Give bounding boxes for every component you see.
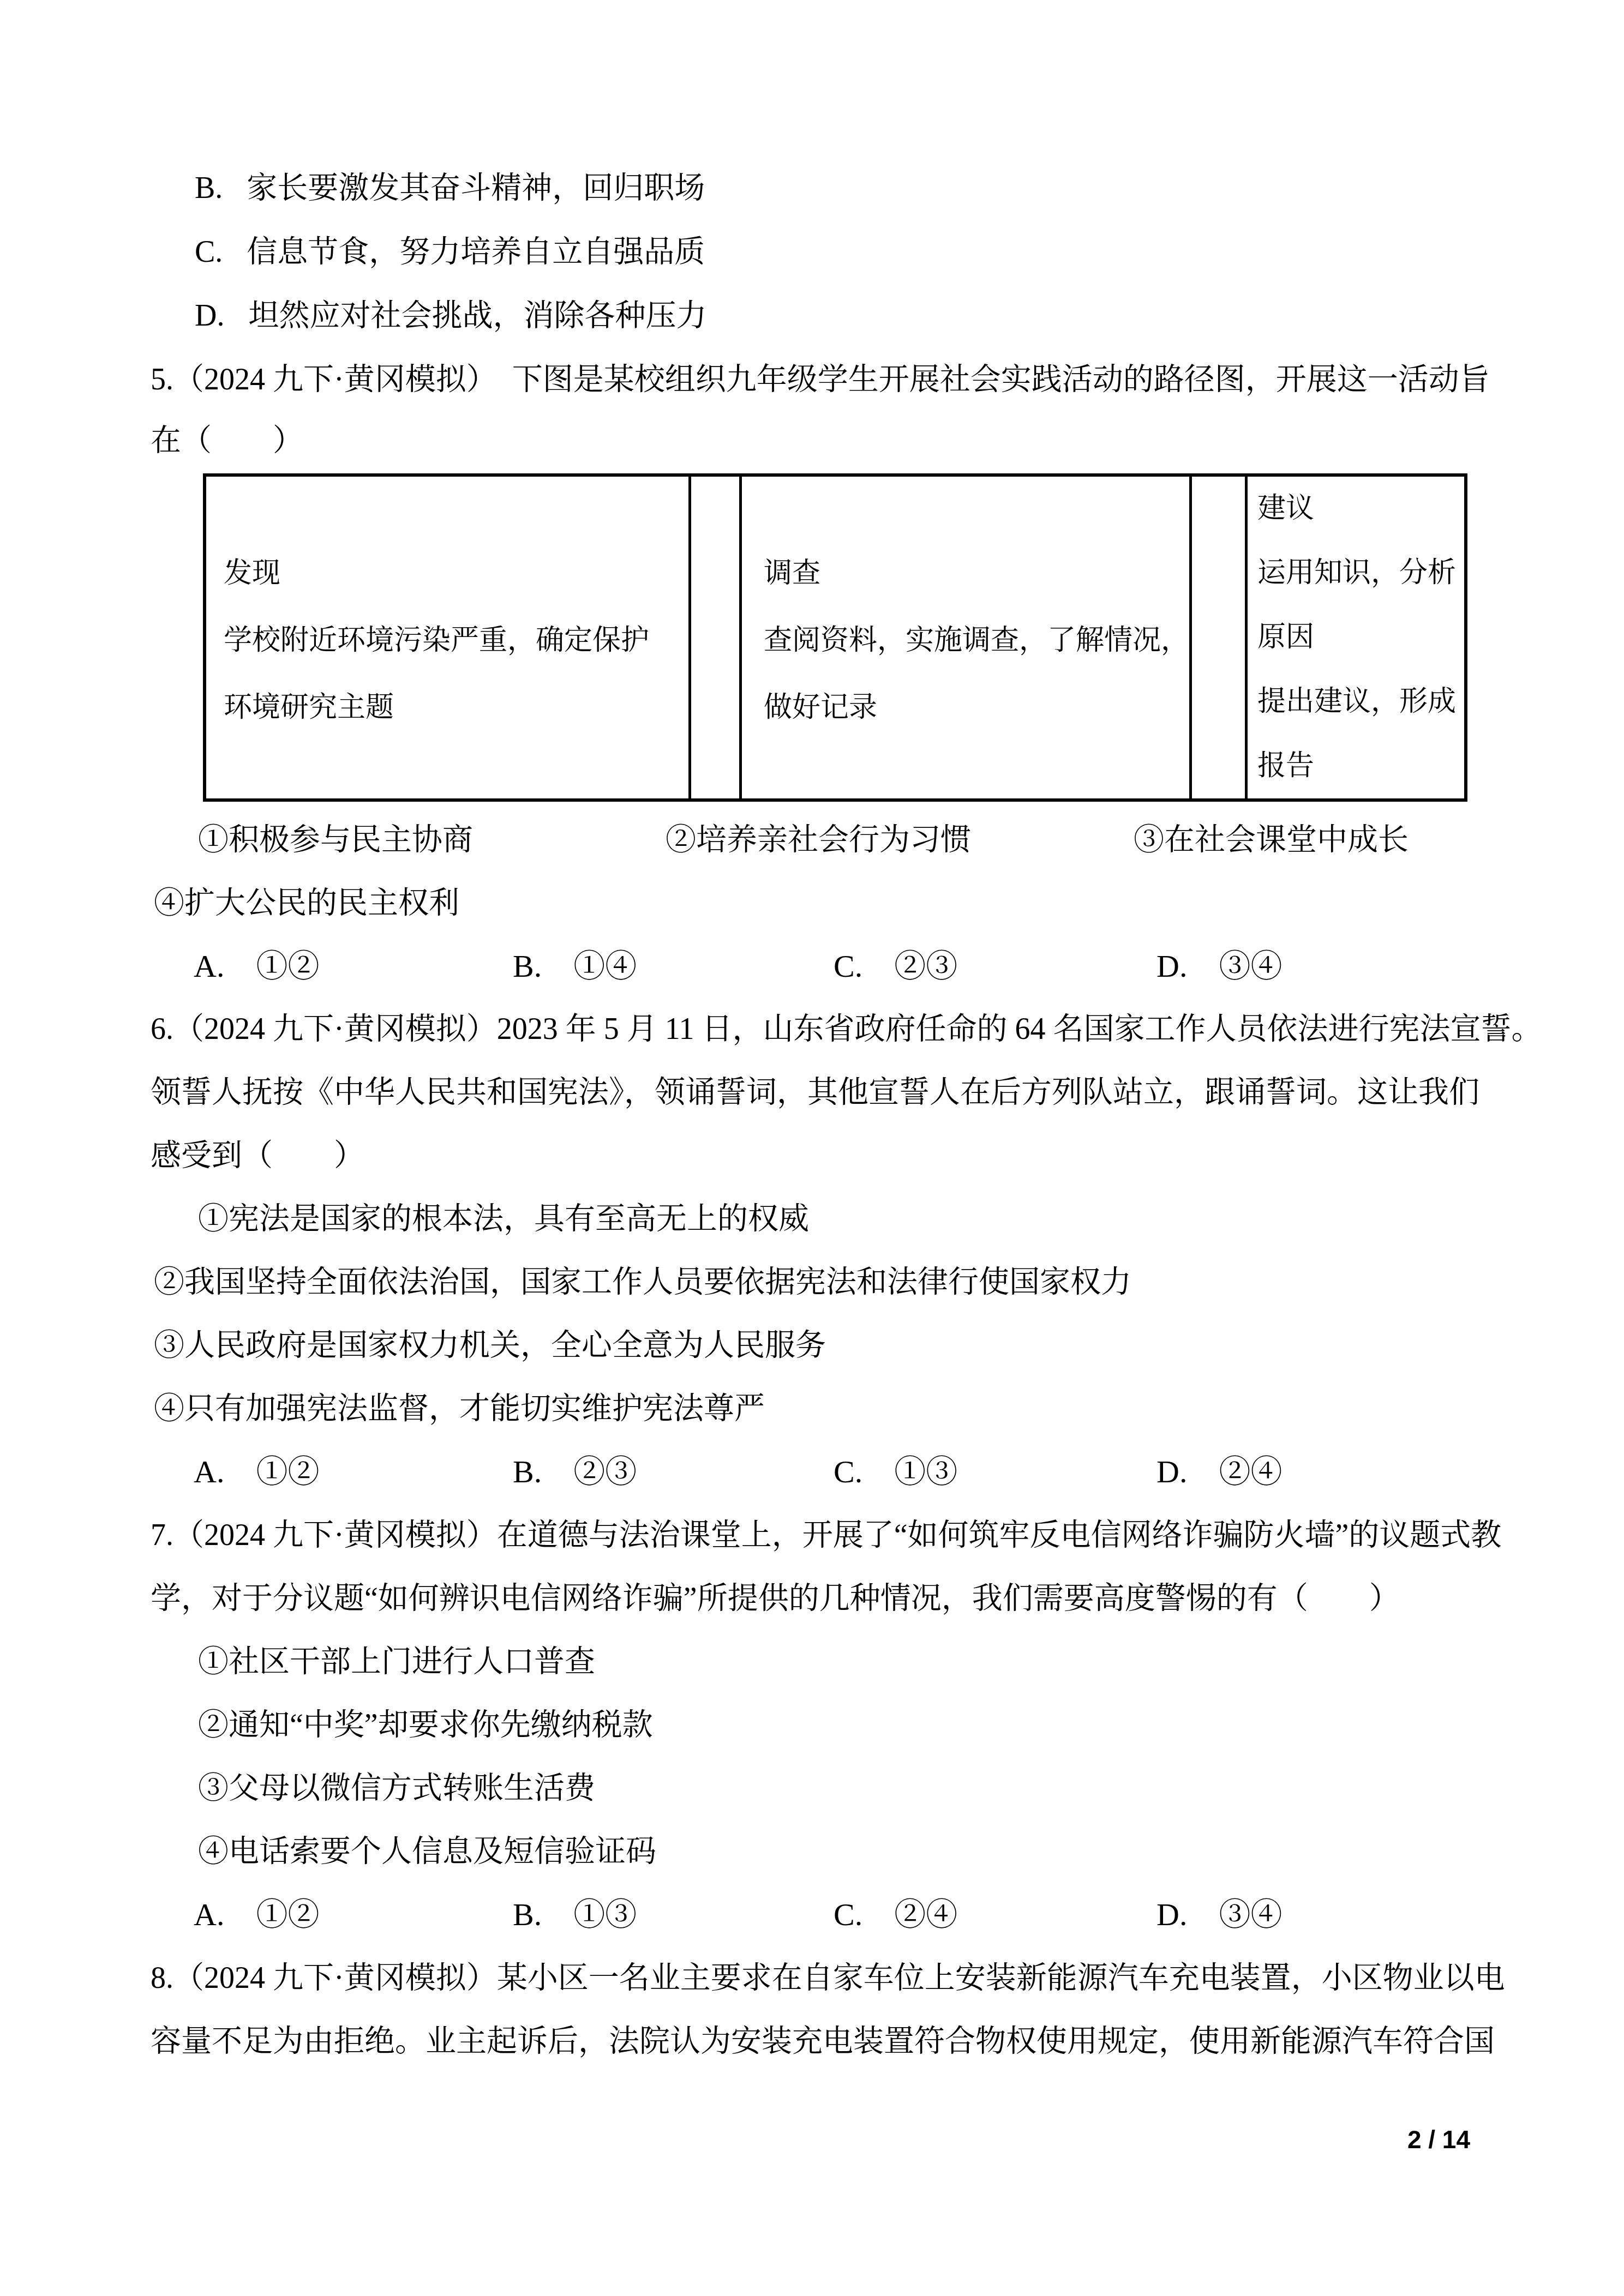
q5-answer-c: C. ②③: [834, 934, 957, 999]
flowchart-box-investigate-line: 查阅资料，实施调查，了解情况，: [764, 607, 1189, 674]
prev-option-b-text: 家长要激发其奋斗精神，回归职场: [247, 156, 705, 220]
q6-answer-b: B. ②③: [513, 1440, 637, 1504]
q7-answer-row: A. ①② B. ①③ C. ②④ D. ③④: [0, 1883, 1624, 1947]
q5-flowchart-table: 发现 学校附近环境污染严重，确定保护 环境研究主题 调查 查阅资料，实施调查，了…: [203, 473, 1467, 802]
flowchart-box-suggest-title: 建议: [1257, 477, 1464, 541]
q6-item-2: ②我国坚持全面依法治国，国家工作人员要依据宪法和法律行使国家权力: [154, 1250, 1131, 1314]
prev-option-d-label: D.: [195, 284, 224, 348]
q7-item-4: ④电话索要个人信息及短信验证码: [198, 1819, 656, 1884]
q5-item-4: ④扩大公民的民主权利: [154, 871, 459, 935]
q5-item-2: ②培养亲社会行为习惯: [666, 808, 971, 872]
q7-item-2: ②通知“中奖”却要求你先缴纳税款: [198, 1693, 653, 1757]
q7-stem-line-1: 7.（2024 九下·黄冈模拟）在道德与法治课堂上，开展了“如何筑牢反电信网络诈…: [151, 1503, 1501, 1567]
q7-item-3: ③父母以微信方式转账生活费: [198, 1756, 595, 1820]
q6-answer-row: A. ①② B. ②③ C. ①③ D. ②④: [0, 1440, 1624, 1504]
q6-stem-line-2: 领誓人抚按《中华人民共和国宪法》，领诵誓词，其他宣誓人在后方列队站立，跟诵誓词。…: [151, 1060, 1479, 1125]
q6-item-3: ③人民政府是国家权力机关，全心全意为人民服务: [154, 1313, 826, 1378]
q5-answer-a: A. ①②: [194, 934, 319, 999]
flowchart-box-discover: 发现 学校附近环境污染严重，确定保护 环境研究主题: [206, 477, 688, 798]
q7-answer-c: C. ②④: [834, 1883, 957, 1947]
q5-stem-line-2: 在（ ）: [151, 408, 303, 473]
flowchart-box-suggest-line: 提出建议，形成: [1257, 670, 1464, 734]
q5-items-row: ①积极参与民主协商 ②培养亲社会行为习惯 ③在社会课堂中成长: [0, 808, 1624, 872]
prev-option-c-label: C.: [195, 220, 223, 284]
q5-item-1: ①积极参与民主协商: [198, 808, 473, 872]
q5-answer-row: A. ①② B. ①④ C. ②③ D. ③④: [0, 934, 1624, 999]
flowchart-divider-line: [1189, 477, 1192, 798]
q5-answer-d: D. ③④: [1156, 934, 1282, 999]
q7-answer-b: B. ①③: [513, 1883, 637, 1947]
q5-answer-b: B. ①④: [513, 934, 637, 999]
page-number: 2 / 14: [1309, 2123, 1470, 2156]
q8-stem-line-2: 容量不足为由拒绝。业主起诉后，法院认为安装充电装置符合物权使用规定，使用新能源汽…: [151, 2009, 1495, 2073]
q6-stem-line-3: 感受到（ ）: [151, 1123, 364, 1188]
q6-stem-line-1: 6.（2024 九下·黄冈模拟）2023 年 5 月 11 日，山东省政府任命的…: [151, 997, 1542, 1061]
q6-answer-d: D. ②④: [1156, 1440, 1282, 1504]
q7-answer-d: D. ③④: [1156, 1883, 1282, 1947]
q6-item-4: ④只有加强宪法监督，才能切实维护宪法尊严: [154, 1377, 765, 1441]
q6-item-1: ①宪法是国家的根本法，具有至高无上的权威: [198, 1187, 809, 1251]
flowchart-box-investigate-title: 调查: [764, 540, 1189, 607]
q5-stem-line-1: 5.（2024 九下·黄冈模拟） 下图是某校组织九年级学生开展社会实践活动的路径…: [151, 347, 1490, 412]
flowchart-box-investigate: 调查 查阅资料，实施调查，了解情况， 做好记录: [742, 477, 1189, 798]
prev-option-b-label: B.: [195, 156, 223, 220]
flowchart-box-suggest: 建议 运用知识，分析 原因 提出建议，形成 报告: [1248, 477, 1464, 798]
flowchart-box-suggest-line: 原因: [1257, 605, 1464, 670]
prev-option-c: C.信息节食，努力培养自立自强品质: [195, 220, 705, 284]
q5-item-3: ③在社会课堂中成长: [1134, 808, 1409, 872]
q6-answer-a: A. ①②: [194, 1440, 319, 1504]
q6-answer-c: C. ①③: [834, 1440, 957, 1504]
flowchart-box-discover-line: 学校附近环境污染严重，确定保护: [224, 607, 688, 674]
flowchart-divider-line: [688, 477, 691, 798]
prev-option-d-text: 坦然应对社会挑战，消除各种压力: [248, 284, 706, 348]
prev-option-b: B.家长要激发其奋斗精神，回归职场: [195, 156, 705, 220]
flowchart-box-investigate-line: 做好记录: [764, 674, 1189, 741]
q7-answer-a: A. ①②: [194, 1883, 319, 1947]
q7-item-1: ①社区干部上门进行人口普查: [198, 1630, 595, 1694]
flowchart-box-discover-title: 发现: [224, 540, 688, 607]
flowchart-box-suggest-line: 运用知识，分析: [1257, 541, 1464, 605]
prev-option-c-text: 信息节食，努力培养自立自强品质: [247, 220, 705, 284]
flowchart-box-suggest-line: 报告: [1257, 734, 1464, 798]
q7-stem-line-2: 学，对于分议题“如何辨识电信网络诈骗”所提供的几种情况，我们需要高度警惕的有（ …: [151, 1566, 1400, 1631]
q8-stem-line-1: 8.（2024 九下·黄冈模拟）某小区一名业主要求在自家车位上安装新能源汽车充电…: [151, 1946, 1505, 2010]
prev-option-d: D.坦然应对社会挑战，消除各种压力: [195, 284, 706, 348]
exam-page: B.家长要激发其奋斗精神，回归职场 C.信息节食，努力培养自立自强品质 D.坦然…: [0, 0, 1624, 2296]
flowchart-box-discover-line: 环境研究主题: [224, 674, 688, 741]
